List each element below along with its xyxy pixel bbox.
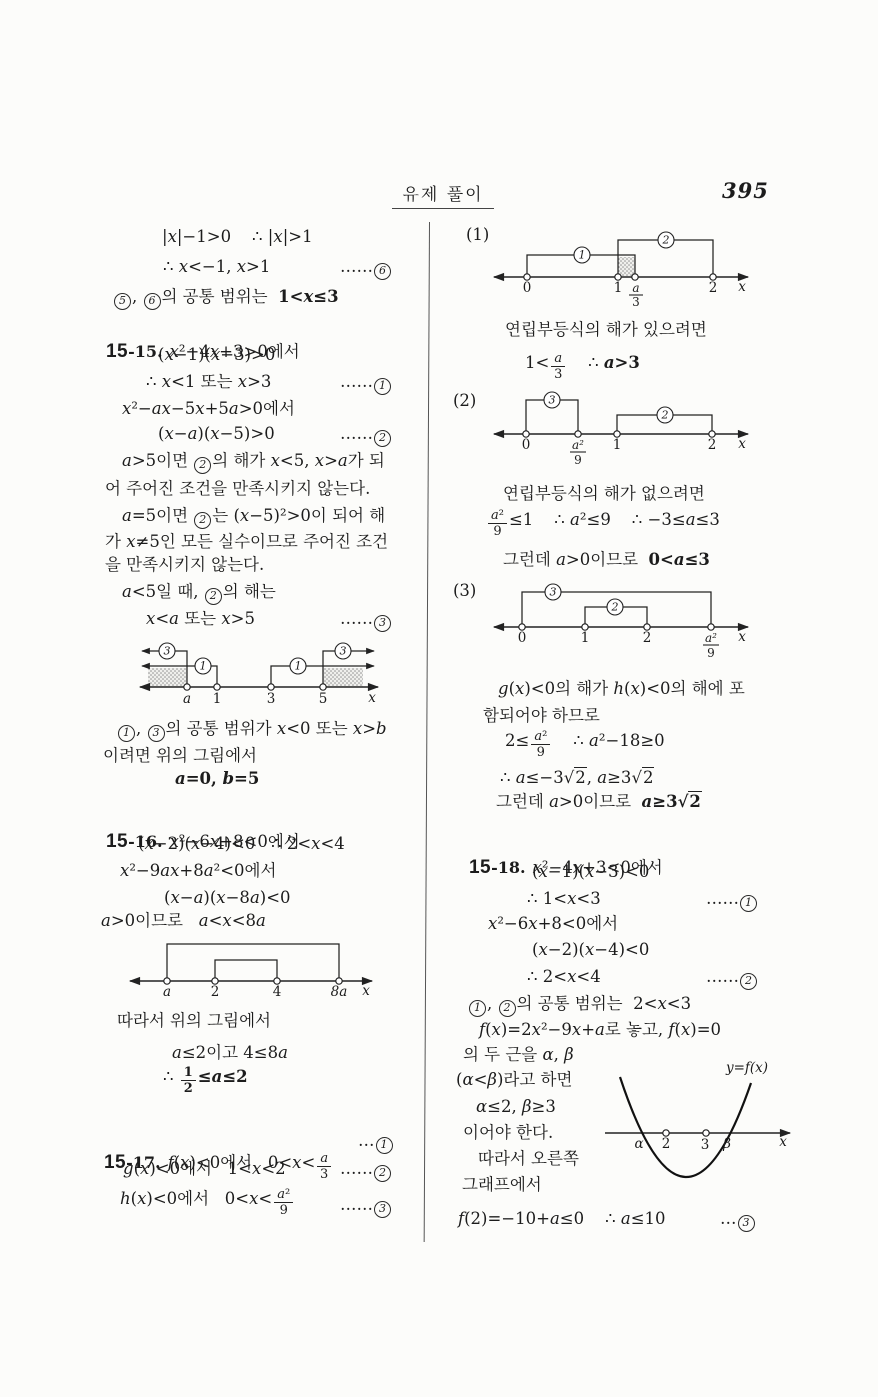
svg-text:a²: a² xyxy=(572,438,584,452)
ref-marker: ……2 xyxy=(706,964,758,990)
text-line: (x−2)(x−4)<0 xyxy=(532,937,649,963)
point-label: 1 xyxy=(581,630,590,646)
tick-label: α xyxy=(634,1136,643,1152)
figure-parabola-graph: α 2 3 β x y=f(x) xyxy=(575,1055,800,1205)
svg-text:9: 9 xyxy=(707,646,715,660)
shaded-region xyxy=(618,257,635,276)
point-marker xyxy=(184,684,190,690)
point-label: 1 xyxy=(213,691,222,707)
ref-marker: ……6 xyxy=(340,254,392,280)
point-label: 8a xyxy=(331,984,348,1000)
point-label: 0 xyxy=(522,437,531,453)
svg-text:2: 2 xyxy=(661,409,669,422)
column-divider xyxy=(424,222,431,1242)
circled-label: 3 2 xyxy=(544,392,673,423)
svg-text:1: 1 xyxy=(295,660,302,673)
figure-case3-number-line: 3 2 0 1 2 a² 9 x xyxy=(486,583,758,665)
text-line: (x−1)(x−3)<0 xyxy=(532,859,649,885)
text-line: g(x)<0에서 1<x<2 xyxy=(123,1156,286,1182)
svg-text:3: 3 xyxy=(549,394,556,407)
figure-15-16-number-line: a 2 4 8a x xyxy=(122,936,387,998)
text-line: a<5일 때, 2의 해는 xyxy=(122,579,276,605)
text-line: 연립부등식의 해가 없으려면 xyxy=(503,481,705,507)
point-label: 4 xyxy=(273,984,282,1000)
figure-case2-number-line: 3 2 0 a² 9 1 2 x xyxy=(486,390,758,470)
text-line: ∴ 2<x<4 xyxy=(527,964,601,990)
ref-marker: ……2 xyxy=(340,1156,392,1182)
text-line: a²9≤1 ∴ a²≤9 ∴ −3≤a≤3 xyxy=(486,507,720,540)
case-label: (3) xyxy=(453,578,476,604)
text-line: x²−9ax+8a²<0에서 xyxy=(120,858,276,884)
text-line: g(x)<0의 해가 h(x)<0의 해에 포 xyxy=(498,676,745,702)
point-marker xyxy=(703,1130,709,1136)
text-line: f(2)=−10+a≤0 ∴ a≤10 xyxy=(458,1206,666,1232)
axis-label: x xyxy=(738,436,746,452)
point-label: 2 xyxy=(709,280,718,296)
text-line: 을 만족시키지 않는다. xyxy=(105,552,264,578)
svg-text:9: 9 xyxy=(574,453,582,467)
ref-marker: ……3 xyxy=(340,606,392,632)
text-line: a≤2이고 4≤8a xyxy=(172,1040,288,1066)
text-line: a>0이므로 a<x<8a xyxy=(101,908,266,934)
text-line: x²−ax−5x+5a>0에서 xyxy=(122,396,295,422)
svg-text:3: 3 xyxy=(550,586,557,599)
text-line: h(x)<0에서 0<x<a²9 xyxy=(120,1186,295,1219)
text-line: 1, 2의 공통 범위는 2<x<3 xyxy=(468,991,691,1017)
problem-number: 15 xyxy=(106,831,128,852)
text-line: 의 두 근을 α, β xyxy=(463,1042,574,1068)
bracket xyxy=(215,960,277,981)
ref-marker: ……2 xyxy=(340,421,392,447)
text-line: 어 주어진 조건을 만족시키지 않는다. xyxy=(105,476,370,502)
text-line: ∴ a≤−3√2, a≥3√2 xyxy=(500,765,654,791)
text-line: x²−6x+8<0에서 xyxy=(488,911,618,937)
point-label: 0 xyxy=(523,280,532,296)
point-label: 1 xyxy=(614,280,623,296)
text-line: x<a 또는 x>5 xyxy=(146,606,255,632)
text-line: 그런데 a>0이므로 0<a≤3 xyxy=(503,547,710,573)
point-label: a xyxy=(163,984,171,1000)
point-marker xyxy=(268,684,274,690)
text-line: 1<a3 ∴ a>3 xyxy=(525,350,640,383)
axis-label: x xyxy=(738,279,746,295)
svg-text:1: 1 xyxy=(200,660,207,673)
svg-text:2: 2 xyxy=(611,601,619,614)
point-label: 1 xyxy=(613,437,622,453)
point-label: 0 xyxy=(518,630,527,646)
text-line: (x−1)(x−3)>0 xyxy=(158,342,275,368)
ref-marker: …1 xyxy=(358,1128,394,1154)
fraction-label: a 3 xyxy=(629,281,643,309)
figure-case1-number-line: 1 2 0 1 a 3 2 x xyxy=(486,226,758,308)
ref-marker: ……3 xyxy=(340,1192,392,1218)
bracket xyxy=(167,944,339,981)
case-label: (2) xyxy=(453,388,476,414)
axis-label: x xyxy=(362,983,370,999)
point-marker xyxy=(214,684,220,690)
text-line: 2≤a²9 ∴ a²−18≥0 xyxy=(505,728,665,761)
text-line: 연립부등식의 해가 있으려면 xyxy=(505,317,707,343)
point-label: 2 xyxy=(643,630,652,646)
text-line: 이어야 한다. xyxy=(463,1120,553,1146)
ref-marker: ……1 xyxy=(340,369,392,395)
text-line: f(x)=2x²−9x+a로 놓고, f(x)=0 xyxy=(479,1017,721,1043)
problem-number: 15 xyxy=(469,857,491,878)
text-line: (x−a)(x−5)>0 xyxy=(158,421,275,447)
svg-text:1: 1 xyxy=(579,249,586,262)
text-line: 따라서 오른쪽 xyxy=(478,1146,579,1172)
axis-label: x xyxy=(738,629,746,645)
point-label: 2 xyxy=(211,984,220,1000)
text-line: a=5이면 2는 (x−5)²>0이 되어 해 xyxy=(122,503,385,529)
text-line: 그런데 a>0이므로 a≥3√2 xyxy=(496,789,702,815)
svg-text:3: 3 xyxy=(164,645,171,658)
svg-text:a²: a² xyxy=(705,631,717,645)
text-line: a=0, b=5 xyxy=(175,766,259,792)
text-line: ∴ 12≤a≤2 xyxy=(163,1064,248,1097)
text-line: α≤2, β≥3 xyxy=(476,1094,556,1120)
tick-label: 2 xyxy=(662,1136,671,1152)
point-label: 3 xyxy=(267,691,276,707)
shaded-region xyxy=(148,668,187,687)
ref-marker: ……1 xyxy=(706,886,758,912)
ref-marker: …3 xyxy=(720,1206,756,1232)
page-title: 유제 풀이 xyxy=(392,180,494,209)
text-line: 5, 6의 공통 범위는 1<x≤3 xyxy=(113,284,339,310)
text-line: (α<β)라고 하면 xyxy=(456,1067,572,1093)
curve-label: y=f(x) xyxy=(725,1060,768,1076)
text-line: 그래프에서 xyxy=(462,1172,542,1198)
text-line: ∴ x<−1, x>1 xyxy=(163,254,270,280)
axis-label: x xyxy=(368,690,376,706)
textbook-page: 유제 풀이 395 |x|−1>0 ∴ |x|>1 ∴ x<−1, x>1 ……… xyxy=(0,0,878,1397)
tick-label: β xyxy=(722,1136,731,1152)
text-line: (x−2)(x−4)<0 ∴ 2<x<4 xyxy=(138,831,345,857)
circled-label: 3 2 xyxy=(545,584,623,615)
point-marker xyxy=(575,431,581,437)
svg-text:3: 3 xyxy=(632,295,640,309)
problem-suffix: -18. xyxy=(491,858,525,877)
text-line: 1, 3의 공통 범위가 x<0 또는 x>b xyxy=(117,716,387,742)
point-label: a xyxy=(183,691,191,707)
fraction-label: a² 9 xyxy=(703,631,719,660)
figure-15-15-number-line: 3 1 1 3 a 1 3 5 x xyxy=(128,640,388,708)
parabola-curve xyxy=(620,1077,751,1177)
svg-text:3: 3 xyxy=(340,645,347,658)
text-line: ∴ 1<x<3 xyxy=(527,886,601,912)
point-marker xyxy=(708,624,714,630)
text-line: ∴ x<1 또는 x>3 xyxy=(146,369,271,395)
page-number: 395 xyxy=(722,178,769,203)
point-marker xyxy=(632,274,638,280)
circled-label: 3 1 1 3 xyxy=(159,643,351,674)
svg-text:a: a xyxy=(632,281,639,295)
text-line: |x|−1>0 ∴ |x|>1 xyxy=(162,224,313,250)
axis-label: x xyxy=(779,1134,787,1150)
problem-number: 15 xyxy=(106,341,128,362)
fraction-label: a² 9 xyxy=(570,438,586,467)
svg-text:2: 2 xyxy=(662,234,670,247)
tick-label: 3 xyxy=(701,1137,710,1153)
point-label: 2 xyxy=(708,437,717,453)
shaded-region xyxy=(323,668,363,687)
text-line: 따라서 위의 그림에서 xyxy=(117,1008,271,1034)
text-line: 함되어야 하므로 xyxy=(483,703,600,729)
point-label: 5 xyxy=(319,691,328,707)
text-line: a>5이면 2의 해가 x<5, x>a가 되 xyxy=(122,448,385,474)
point-marker xyxy=(320,684,326,690)
